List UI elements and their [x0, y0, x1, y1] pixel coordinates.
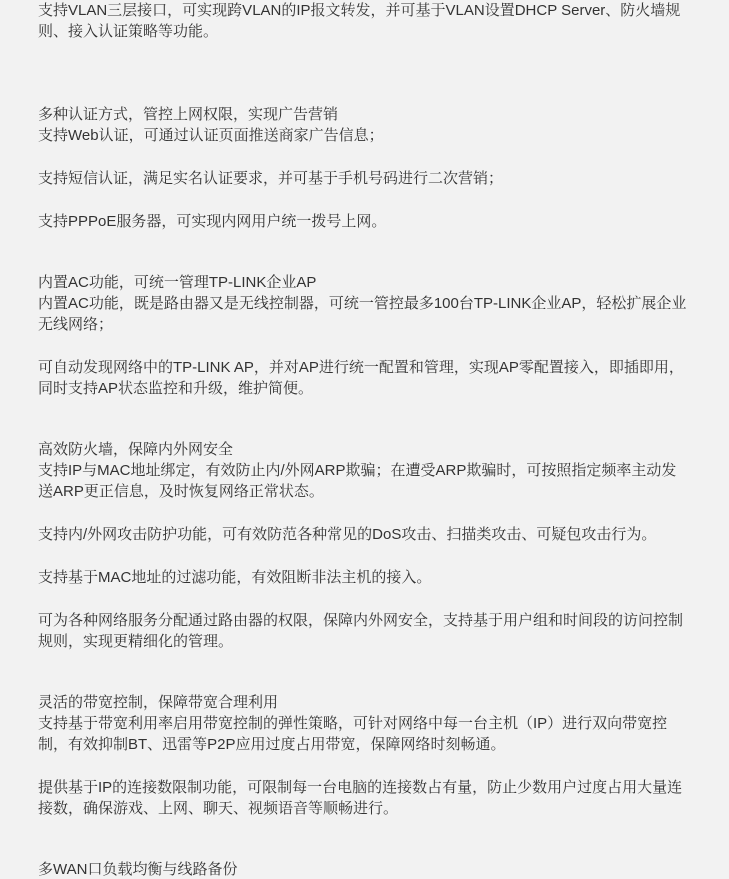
feature-paragraph: 支持基于MAC地址的过滤功能，有效阻断非法主机的接入。	[38, 567, 691, 588]
feature-paragraph: 支持PPPoE服务器，可实现内网用户统一拨号上网。	[38, 211, 691, 232]
feature-paragraph: 支持基于带宽利用率启用带宽控制的弹性策略，可针对网络中每一台主机（IP）进行双向…	[38, 713, 691, 755]
intro-paragraph: 支持VLAN三层接口，可实现跨VLAN的IP报文转发，并可基于VLAN设置DHC…	[38, 0, 691, 42]
feature-paragraph: 内置AC功能，既是路由器又是无线控制器，可统一管控最多100台TP-LINK企业…	[38, 293, 691, 335]
feature-paragraph: 提供基于IP的连接数限制功能，可限制每一台电脑的连接数占有量，防止少数用户过度占…	[38, 777, 691, 819]
section-heading: 高效防火墙，保障内外网安全	[38, 439, 691, 460]
feature-paragraph: 支持IP与MAC地址绑定，有效防止内/外网ARP欺骗；在遭受ARP欺骗时，可按照…	[38, 460, 691, 502]
feature-section: 多种认证方式，管控上网权限，实现广告营销支持Web认证，可通过认证页面推送商家广…	[38, 104, 691, 232]
feature-paragraph: 支持内/外网攻击防护功能，可有效防范各种常见的DoS攻击、扫描类攻击、可疑包攻击…	[38, 524, 691, 545]
feature-section: 多WAN口负载均衡与线路备份	[38, 859, 691, 879]
section-heading: 多WAN口负载均衡与线路备份	[38, 859, 691, 879]
feature-sections: 多种认证方式，管控上网权限，实现广告营销支持Web认证，可通过认证页面推送商家广…	[38, 104, 691, 879]
feature-section: 高效防火墙，保障内外网安全支持IP与MAC地址绑定，有效防止内/外网ARP欺骗；…	[38, 439, 691, 652]
feature-paragraph: 可自动发现网络中的TP-LINK AP，并对AP进行统一配置和管理，实现AP零配…	[38, 357, 691, 399]
feature-paragraph: 支持Web认证，可通过认证页面推送商家广告信息；	[38, 125, 691, 146]
feature-section: 灵活的带宽控制，保障带宽合理利用支持基于带宽利用率启用带宽控制的弹性策略，可针对…	[38, 692, 691, 819]
feature-paragraph: 支持短信认证，满足实名认证要求，并可基于手机号码进行二次营销；	[38, 168, 691, 189]
section-heading: 多种认证方式，管控上网权限，实现广告营销	[38, 104, 691, 125]
feature-paragraph: 可为各种网络服务分配通过路由器的权限，保障内外网安全，支持基于用户组和时间段的访…	[38, 610, 691, 652]
section-heading: 灵活的带宽控制，保障带宽合理利用	[38, 692, 691, 713]
feature-section: 内置AC功能，可统一管理TP-LINK企业AP内置AC功能，既是路由器又是无线控…	[38, 272, 691, 399]
section-heading: 内置AC功能，可统一管理TP-LINK企业AP	[38, 272, 691, 293]
product-description-page: 支持VLAN三层接口，可实现跨VLAN的IP报文转发，并可基于VLAN设置DHC…	[0, 0, 729, 879]
